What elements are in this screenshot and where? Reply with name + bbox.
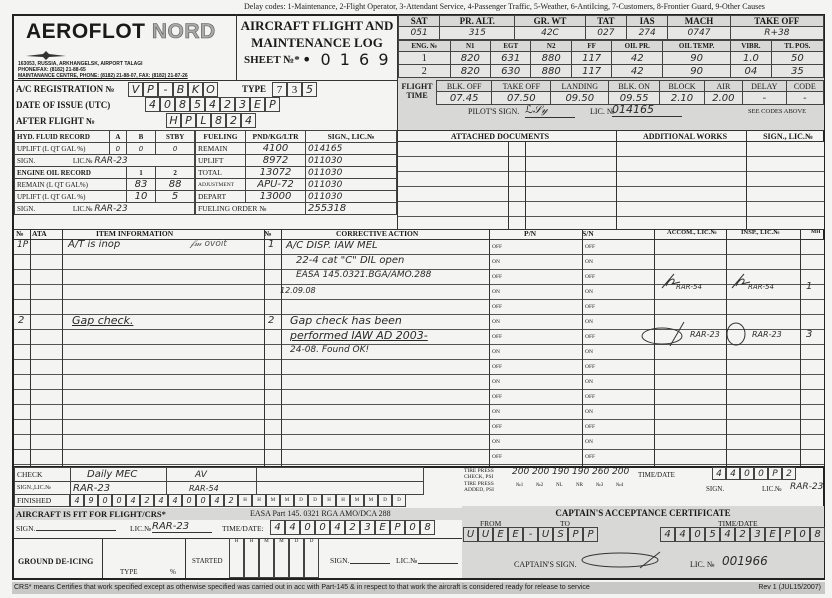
td-char[interactable]: 3 bbox=[750, 527, 765, 542]
captain-lic-value[interactable]: 001966 bbox=[722, 554, 768, 568]
check-value-2[interactable]: AV bbox=[167, 468, 257, 482]
registration-boxes[interactable]: VP-BKO bbox=[128, 82, 218, 97]
date-char[interactable]: E bbox=[250, 97, 265, 112]
finished-char[interactable]: 0 bbox=[182, 494, 196, 507]
col-action-no: № bbox=[264, 229, 272, 238]
tire-positions: №1№2NLNR№3№4 bbox=[516, 483, 636, 488]
td-char[interactable]: 4 bbox=[712, 467, 726, 480]
fuel-remain-value[interactable]: 4100 bbox=[246, 143, 306, 155]
hm-box[interactable]: D bbox=[378, 494, 392, 507]
flight-char[interactable]: P bbox=[181, 113, 196, 128]
col-vibr: VIBR. bbox=[731, 41, 772, 52]
td-char[interactable]: 0 bbox=[754, 467, 768, 480]
tire-check-label: TIRE PRESS CHECK, PSI bbox=[464, 468, 512, 480]
sheet-label: SHEET №* bbox=[244, 54, 300, 66]
ground-deicing-label: GROUND DE-ICING bbox=[18, 557, 93, 566]
date-char[interactable]: 4 bbox=[205, 97, 220, 112]
on-label: ON bbox=[585, 435, 595, 450]
brand-name: AEROFLOT bbox=[26, 20, 146, 43]
engine-oil-header: ENGINE OIL RECORD bbox=[15, 167, 127, 179]
pilot-signature[interactable]: ℒ𝒮𝓎 bbox=[525, 103, 575, 118]
col-landing: LANDING bbox=[551, 81, 609, 92]
td-char[interactable]: 0 bbox=[690, 527, 705, 542]
col-take-off: TAKE OFF bbox=[492, 81, 551, 92]
ff-value[interactable]: 117 bbox=[571, 65, 611, 78]
deicing-sign-line[interactable] bbox=[350, 563, 390, 564]
oil-remain-2[interactable]: 88 bbox=[156, 179, 195, 191]
route-char[interactable]: P bbox=[583, 527, 598, 542]
td-char[interactable]: 2 bbox=[782, 467, 796, 480]
brand-block: AEROFLOT NORD 163053, RUSSIA, ARKHANGELS… bbox=[14, 16, 236, 76]
td-char[interactable]: 0 bbox=[740, 467, 754, 480]
td-char[interactable]: 4 bbox=[660, 527, 675, 542]
finished-char[interactable]: 2 bbox=[224, 494, 238, 507]
entry-1-info[interactable]: A/T is inop bbox=[68, 239, 120, 250]
blk-off-value[interactable]: 07.45 bbox=[437, 92, 492, 105]
off-label: OFF bbox=[492, 330, 502, 345]
n2-value[interactable]: 880 bbox=[531, 52, 571, 65]
td-char[interactable]: 0 bbox=[315, 520, 330, 535]
fuel-uplift-sign[interactable]: 011030 bbox=[306, 155, 397, 167]
date-char[interactable]: 0 bbox=[160, 97, 175, 112]
accom-signature-icon bbox=[660, 272, 684, 290]
off-label: OFF bbox=[585, 420, 595, 435]
fuel-total-value[interactable]: 13072 bbox=[246, 167, 306, 179]
tire-value[interactable]: 190 bbox=[552, 467, 572, 477]
oil-uplift-2[interactable]: 5 bbox=[156, 191, 195, 203]
td-char[interactable]: 4 bbox=[726, 467, 740, 480]
td-char[interactable]: 4 bbox=[270, 520, 285, 535]
entry-1-mh[interactable]: 1 bbox=[806, 281, 812, 292]
insp-signature-icon bbox=[724, 318, 748, 348]
captain-lic-label: LIC. № bbox=[690, 560, 715, 569]
reg-char[interactable]: P bbox=[143, 82, 158, 97]
deicing-sign-label: SIGN. bbox=[330, 556, 349, 565]
td-char[interactable]: 8 bbox=[810, 527, 825, 542]
check-table: CHECK Daily MEC AV SIGN.,LIC.№ RAR-23 RA… bbox=[14, 467, 424, 495]
fuel-total-label: TOTAL bbox=[196, 167, 246, 179]
tire-lic-label: LIC.№ bbox=[762, 485, 782, 493]
crs-lic-label: LIC.№ bbox=[130, 524, 151, 533]
pr-alt-value[interactable]: 315 bbox=[440, 27, 515, 40]
eng-no: 2 bbox=[399, 65, 451, 78]
off-label: OFF bbox=[585, 390, 595, 405]
hyd-sign-label: SIGN. bbox=[17, 157, 35, 165]
route-boxes[interactable]: UUEE-USPP bbox=[463, 527, 598, 542]
pn-on-off-column: OFFONOFFONOFFONOFFONOFFONOFFONOFFONOFF bbox=[492, 240, 502, 465]
flight-char[interactable]: L bbox=[196, 113, 211, 128]
on-label: ON bbox=[585, 375, 595, 390]
type-char: 7 bbox=[272, 82, 287, 97]
n1-value[interactable]: 820 bbox=[450, 65, 490, 78]
td-char[interactable]: 3 bbox=[360, 520, 375, 535]
fueling-order-value[interactable]: 255318 bbox=[306, 203, 397, 215]
fuel-adjustment-value[interactable]: APU-72 bbox=[246, 179, 306, 191]
finished-char[interactable]: 4 bbox=[70, 494, 84, 507]
hm-box[interactable]: M bbox=[280, 494, 294, 507]
off-label: OFF bbox=[492, 270, 502, 285]
finished-char[interactable]: 2 bbox=[140, 494, 154, 507]
hm-box[interactable]: H bbox=[244, 538, 259, 578]
oil-pr-value[interactable]: 42 bbox=[612, 65, 663, 78]
sat-value[interactable]: 051 bbox=[399, 27, 440, 40]
col-eng2: 2 bbox=[156, 167, 195, 179]
entry-2-info[interactable]: Gap check. bbox=[72, 314, 133, 327]
on-label: ON bbox=[492, 345, 502, 360]
delay-value[interactable]: - bbox=[742, 92, 786, 105]
finished-char[interactable]: 4 bbox=[154, 494, 168, 507]
col-tl-pos: TL POS. bbox=[771, 41, 823, 52]
crs-timedate-boxes[interactable]: 4400423EP08 bbox=[270, 520, 435, 535]
on-label: ON bbox=[585, 405, 595, 420]
hm-box[interactable]: M bbox=[274, 538, 289, 578]
td-char[interactable]: P bbox=[390, 520, 405, 535]
td-char[interactable]: 4 bbox=[330, 520, 345, 535]
air-value[interactable]: 2.00 bbox=[704, 92, 742, 105]
oil-remain-1[interactable]: 83 bbox=[126, 179, 156, 191]
date-char[interactable]: 4 bbox=[145, 97, 160, 112]
tire-check-values[interactable]: 200200190190260200 bbox=[512, 467, 632, 477]
reg-char[interactable]: K bbox=[188, 82, 203, 97]
airline-wings-logo bbox=[26, 48, 66, 56]
col-gr-wt: GR. WT bbox=[515, 16, 585, 27]
hyd-a-value[interactable]: 0 bbox=[110, 143, 127, 155]
td-char[interactable]: 2 bbox=[345, 520, 360, 535]
ias-value[interactable]: 274 bbox=[627, 27, 668, 40]
deicing-hm-boxes[interactable]: HHMMDD bbox=[229, 538, 319, 578]
hyd-lic-value[interactable]: RAR-23 bbox=[94, 156, 127, 166]
oil-lic-value[interactable]: RAR-23 bbox=[94, 204, 127, 214]
tire-value[interactable]: 260 bbox=[592, 467, 612, 477]
td-char[interactable]: 2 bbox=[735, 527, 750, 542]
td-char[interactable]: 0 bbox=[795, 527, 810, 542]
captain-signature[interactable] bbox=[580, 550, 670, 570]
tire-value[interactable]: 190 bbox=[572, 467, 592, 477]
col-b: B bbox=[126, 131, 156, 143]
col-item-information: ITEM INFORMATION bbox=[96, 229, 173, 238]
reg-char[interactable]: B bbox=[173, 82, 188, 97]
hm-box[interactable]: D bbox=[392, 494, 406, 507]
entry-2-action-no[interactable]: 2 bbox=[268, 315, 274, 326]
check-sign-value[interactable]: RAR-23 bbox=[71, 482, 167, 495]
tat-value[interactable]: 027 bbox=[585, 27, 626, 40]
flight-char[interactable]: 8 bbox=[211, 113, 226, 128]
tire-pos: №1 bbox=[516, 483, 536, 488]
egt-value[interactable]: 631 bbox=[491, 52, 531, 65]
tl-pos-value[interactable]: 35 bbox=[771, 65, 823, 78]
form-title: AIRCRAFT FLIGHT AND MAINTENANCE LOG bbox=[237, 17, 397, 51]
sn-on-off-column: OFFONOFFONOFFONOFFONOFFONOFFONOFFONOFF bbox=[585, 240, 595, 465]
off-label: OFF bbox=[585, 330, 595, 345]
crs-lic-value[interactable]: RAR-23 bbox=[152, 521, 212, 533]
on-label: ON bbox=[585, 285, 595, 300]
gr-wt-value[interactable]: 42C bbox=[515, 27, 585, 40]
vibr-value[interactable]: 1.0 bbox=[731, 52, 772, 65]
entry-2-insp[interactable]: RAR-23 bbox=[752, 330, 782, 339]
hm-box[interactable]: D bbox=[308, 494, 322, 507]
deicing-lic-line[interactable] bbox=[418, 563, 458, 564]
td-char[interactable]: 5 bbox=[705, 527, 720, 542]
col-eng1: 1 bbox=[126, 167, 156, 179]
col-ata: ATA bbox=[32, 229, 47, 238]
captain-timedate-boxes[interactable]: 4405423EP08 bbox=[660, 527, 825, 542]
td-char[interactable]: 4 bbox=[285, 520, 300, 535]
code-value[interactable]: - bbox=[786, 92, 823, 105]
on-label: ON bbox=[492, 255, 502, 270]
fuel-depart-label: DEPART bbox=[196, 191, 246, 203]
tire-lic-value[interactable]: RAR-23 bbox=[790, 482, 823, 492]
entry-2-no[interactable]: 2 bbox=[18, 315, 24, 326]
fuel-remain-label: REMAIN bbox=[196, 143, 246, 155]
route-char[interactable]: U bbox=[463, 527, 478, 542]
hm-box[interactable]: M bbox=[259, 538, 274, 578]
finished-char[interactable]: 4 bbox=[210, 494, 224, 507]
flight-char[interactable]: 4 bbox=[241, 113, 256, 128]
route-char[interactable]: - bbox=[523, 527, 538, 542]
fuel-total-sign[interactable]: 011030 bbox=[306, 167, 397, 179]
oil-temp-value[interactable]: 90 bbox=[663, 65, 731, 78]
crs-sign-label: SIGN. bbox=[16, 524, 35, 533]
entry-1-action-no[interactable]: 1 bbox=[268, 239, 274, 250]
ff-value[interactable]: 117 bbox=[571, 52, 611, 65]
route-char[interactable]: E bbox=[493, 527, 508, 542]
type-boxes[interactable]: 735 bbox=[272, 82, 317, 97]
route-char[interactable]: U bbox=[478, 527, 493, 542]
tire-pos: №2 bbox=[536, 483, 556, 488]
engine-table: ENG. №N1EGTN2FFOIL PR.OIL TEMP.VIBR.TL P… bbox=[398, 40, 824, 78]
deicing-started-label: STARTED bbox=[192, 557, 223, 565]
hyd-stby-value[interactable]: 0 bbox=[156, 143, 195, 155]
date-char[interactable]: 5 bbox=[190, 97, 205, 112]
revision: Rev 1 (JUL15/2007) bbox=[758, 582, 821, 594]
entry-1-no[interactable]: 1P bbox=[17, 240, 28, 250]
flight-params-table: SATPR. ALT.GR. WTTATIASMACHTAKE OFF 0513… bbox=[398, 15, 824, 40]
hm-box[interactable]: M bbox=[364, 494, 378, 507]
pilot-lic-value[interactable]: 014165 bbox=[612, 103, 682, 117]
col-n2: N2 bbox=[531, 41, 571, 52]
col-a: A bbox=[110, 131, 127, 143]
hm-box[interactable]: H bbox=[336, 494, 350, 507]
col-stby: STBY bbox=[156, 131, 195, 143]
entry-2-mh[interactable]: 3 bbox=[806, 329, 812, 340]
engine-row-2: 282063088011742900435 bbox=[399, 65, 824, 78]
td-char[interactable]: E bbox=[375, 520, 390, 535]
reg-char[interactable]: O bbox=[203, 82, 218, 97]
td-char[interactable]: 0 bbox=[300, 520, 315, 535]
see-codes-above: SEE CODES ABOVE bbox=[748, 108, 806, 115]
off-label: OFF bbox=[492, 300, 502, 315]
date-char[interactable]: P bbox=[265, 97, 280, 112]
td-char[interactable]: 4 bbox=[675, 527, 690, 542]
footer-bar: CRS* means Certifies that work specified… bbox=[12, 582, 825, 594]
off-label: OFF bbox=[585, 240, 595, 255]
hm-box[interactable]: H bbox=[238, 494, 252, 507]
vibr-value[interactable]: 04 bbox=[731, 65, 772, 78]
oil-sign-label: SIGN. bbox=[17, 205, 35, 213]
hyd-oil-table: HYD. FLUID RECORDABSTBY UPLIFT (L QT GAL… bbox=[14, 130, 195, 215]
col-pn: P/N bbox=[524, 229, 536, 238]
on-label: ON bbox=[492, 315, 502, 330]
date-of-issue-boxes[interactable]: 4085423EP bbox=[145, 97, 280, 112]
tire-value[interactable]: 200 bbox=[512, 467, 532, 477]
delay-codes: Delay codes: 1-Maintenance, 2-Flight Ope… bbox=[244, 2, 765, 11]
col-n1: N1 bbox=[450, 41, 490, 52]
takeoff-value[interactable]: R+38 bbox=[730, 27, 823, 40]
tl-pos-value[interactable]: 50 bbox=[771, 52, 823, 65]
captain-sign-label: CAPTAIN'S SIGN. bbox=[514, 560, 577, 569]
col-sn: S/N bbox=[582, 229, 594, 238]
hm-box[interactable]: H bbox=[322, 494, 336, 507]
on-label: ON bbox=[492, 405, 502, 420]
col-item-no: № bbox=[16, 229, 24, 238]
col-accom: ACCOM., LIC.№ bbox=[667, 229, 717, 236]
col-takeoff: TAKE OFF bbox=[730, 16, 823, 27]
route-char[interactable]: P bbox=[568, 527, 583, 542]
finished-char[interactable]: 0 bbox=[112, 494, 126, 507]
hm-box[interactable]: D bbox=[304, 538, 319, 578]
td-char[interactable]: 4 bbox=[720, 527, 735, 542]
fuel-depart-value[interactable]: 13000 bbox=[246, 191, 306, 203]
finished-char[interactable]: 4 bbox=[168, 494, 182, 507]
reg-char[interactable]: V bbox=[128, 82, 143, 97]
off-label: OFF bbox=[492, 390, 502, 405]
hm-box[interactable]: M bbox=[266, 494, 280, 507]
col-insp: INSP., LIC.№ bbox=[741, 229, 780, 236]
date-char[interactable]: 2 bbox=[220, 97, 235, 112]
col-ff: FF bbox=[571, 41, 611, 52]
col-air: AIR bbox=[704, 81, 742, 92]
date-char[interactable]: 3 bbox=[235, 97, 250, 112]
easa-approval: EASA Part 145. 0321 RGA AMO/DCA 288 bbox=[250, 509, 391, 518]
col-sat: SAT bbox=[399, 16, 440, 27]
entry-2-action[interactable]: Gap check has been performed IAW AD 2003… bbox=[290, 313, 428, 358]
oil-temp-value[interactable]: 90 bbox=[663, 52, 731, 65]
col-oil-temp: OIL TEMP. bbox=[663, 41, 731, 52]
n1-value[interactable]: 820 bbox=[450, 52, 490, 65]
entry-1-action[interactable]: A/C DISP. IAW MEL 22-4 cat "C" DIL open … bbox=[286, 238, 431, 298]
hm-box[interactable]: H bbox=[252, 494, 266, 507]
egt-value[interactable]: 630 bbox=[491, 65, 531, 78]
fuel-remain-sign[interactable]: 014165 bbox=[306, 143, 397, 155]
hm-box[interactable]: H bbox=[229, 538, 244, 578]
oil-pr-value[interactable]: 42 bbox=[612, 52, 663, 65]
flight-char[interactable]: H bbox=[166, 113, 181, 128]
tire-added-label: TIRE PRESS ADDED, PSI bbox=[464, 481, 512, 493]
type-char[interactable]: 5 bbox=[302, 82, 317, 97]
fuel-adjustment-sign[interactable]: 011030 bbox=[306, 179, 397, 191]
flight-char[interactable]: 2 bbox=[226, 113, 241, 128]
mach-value[interactable]: 0747 bbox=[668, 27, 730, 40]
off-label: OFF bbox=[585, 450, 595, 465]
after-flight-boxes[interactable]: HPL824 bbox=[166, 113, 256, 128]
tire-value[interactable]: 200 bbox=[532, 467, 552, 477]
col-oil-pr: OIL PR. bbox=[612, 41, 663, 52]
route-char[interactable]: E bbox=[508, 527, 523, 542]
on-label: ON bbox=[492, 375, 502, 390]
attached-documents-title: ATTACHED DOCUMENTS bbox=[400, 132, 600, 141]
col-code: CODE bbox=[786, 81, 823, 92]
fueling-order-label: FUELING ORDER № bbox=[196, 203, 306, 215]
finished-char[interactable]: 4 bbox=[126, 494, 140, 507]
eng-no: 1 bbox=[399, 52, 451, 65]
entry-1-info-sign[interactable]: 𝒻𝓂 ovoit bbox=[190, 239, 227, 249]
col-delay: DELAY bbox=[742, 81, 786, 92]
col-sign-lic: SIGN., LIC.№ bbox=[306, 131, 397, 143]
on-label: ON bbox=[585, 255, 595, 270]
col-ias: IAS bbox=[627, 16, 668, 27]
col-tat: TAT bbox=[585, 16, 626, 27]
off-label: OFF bbox=[492, 420, 502, 435]
reg-char[interactable]: - bbox=[158, 82, 173, 97]
type-char: 3 bbox=[287, 82, 302, 97]
td-char[interactable]: E bbox=[765, 527, 780, 542]
td-char[interactable]: P bbox=[780, 527, 795, 542]
attached-documents-grid[interactable] bbox=[397, 141, 824, 229]
entry-2-accom[interactable]: RAR-23 bbox=[690, 330, 720, 339]
td-char[interactable]: 8 bbox=[420, 520, 435, 535]
route-char[interactable]: S bbox=[553, 527, 568, 542]
fuel-depart-sign[interactable]: 011030 bbox=[306, 191, 397, 203]
col-pnd-kg-ltr: PND/KG/LTR bbox=[246, 131, 306, 143]
deicing-pct: % bbox=[170, 568, 176, 576]
tire-pos: №3 bbox=[596, 483, 616, 488]
off-label: OFF bbox=[492, 360, 502, 375]
col-mh: MH bbox=[811, 229, 820, 235]
captain-acceptance-title: CAPTAIN'S ACCEPTANCE CERTIFICATE bbox=[462, 508, 824, 518]
maintenance-line: MAINTANANCE CENTRE, PHONE: (8182) 21-88-… bbox=[18, 73, 188, 79]
finished-label: FINISHED bbox=[14, 494, 70, 507]
hyd-b-value[interactable]: 0 bbox=[126, 143, 156, 155]
engine-row-1: 182063188011742901.050 bbox=[399, 52, 824, 65]
n2-value[interactable]: 880 bbox=[531, 65, 571, 78]
crs-title: AIRCRAFT IS FIT FOR FLIGHT/CRS* bbox=[16, 509, 166, 519]
date-char[interactable]: 8 bbox=[175, 97, 190, 112]
finished-char[interactable]: 0 bbox=[196, 494, 210, 507]
on-label: ON bbox=[492, 435, 502, 450]
col-corrective-action: CORRECTIVE ACTION bbox=[336, 229, 418, 238]
hm-box[interactable]: D bbox=[289, 538, 304, 578]
col-mach: MACH bbox=[668, 16, 730, 27]
td-char[interactable]: 0 bbox=[405, 520, 420, 535]
hm-box[interactable]: D bbox=[294, 494, 308, 507]
fueling-header: FUELING bbox=[196, 131, 246, 143]
crs-footnote: CRS* means Certifies that work specified… bbox=[14, 584, 590, 591]
td-char[interactable]: P bbox=[768, 467, 782, 480]
finished-char[interactable]: 0 bbox=[98, 494, 112, 507]
fuel-uplift-label: UPLIFT bbox=[196, 155, 246, 167]
oil-uplift-label: UPLIFT (L QT GAL %) bbox=[15, 191, 127, 203]
fuel-adjustment-label: ADJUSTMENT bbox=[196, 179, 246, 191]
date-of-issue-label: DATE OF ISSUE (UTC) bbox=[16, 100, 110, 110]
crs-signature-line[interactable] bbox=[36, 530, 116, 531]
check-label: CHECK bbox=[15, 468, 71, 482]
on-label: ON bbox=[585, 345, 595, 360]
crs-timedate-label: TIME/DATE: bbox=[222, 524, 264, 533]
flight-time-table: BLK. OFFTAKE OFFLANDINGBLK. ONBLOCKAIRDE… bbox=[436, 80, 824, 105]
hm-box[interactable]: M bbox=[350, 494, 364, 507]
oil-uplift-1[interactable]: 10 bbox=[126, 191, 156, 203]
finished-char[interactable]: 9 bbox=[84, 494, 98, 507]
tire-timedate-boxes[interactable]: 4400P2 bbox=[712, 467, 796, 480]
route-char[interactable]: U bbox=[538, 527, 553, 542]
tire-value[interactable]: 200 bbox=[612, 467, 632, 477]
fuel-uplift-value[interactable]: 8972 bbox=[246, 155, 306, 167]
check-value[interactable]: Daily MEC bbox=[71, 468, 167, 482]
check-sign-value-2[interactable]: RAR-54 bbox=[167, 482, 257, 495]
off-label: OFF bbox=[585, 300, 595, 315]
col-blk-off: BLK. OFF bbox=[437, 81, 492, 92]
tire-sign-label: SIGN. bbox=[706, 485, 724, 493]
